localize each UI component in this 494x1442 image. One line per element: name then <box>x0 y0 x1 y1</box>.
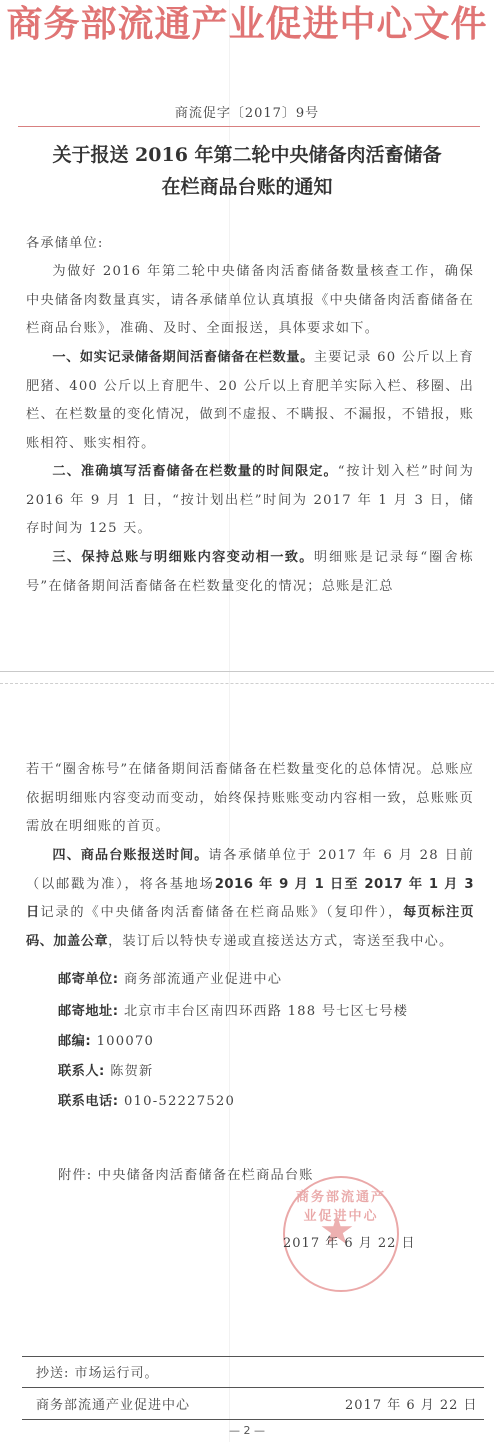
contact-person: 联系人: 陈贺新 <box>58 1060 153 1079</box>
item3-paragraph-page2: 若干“圈舍栋号”在储备期间活畜储备在栏数量变化的总体情况。总账应依据明细账内容变… <box>26 756 474 842</box>
salutation: 各承储单位: <box>26 230 474 259</box>
contact-address-value: 北京市丰台区南四环西路 188 号七区七号楼 <box>124 1004 408 1019</box>
attachment-note: 附件: 中央储备肉活畜储备在栏商品台账 <box>58 1164 314 1183</box>
contact-phone-label: 联系电话: <box>58 1094 119 1109</box>
contact-person-label: 联系人: <box>58 1064 105 1079</box>
contact-postcode-value: 100070 <box>97 1034 155 1049</box>
document-title-line2: 在栏商品台账的通知 <box>0 172 494 199</box>
document-number: 商流促字〔2017〕9号 <box>0 102 494 121</box>
issuer: 商务部流通产业促进中心 <box>36 1394 190 1413</box>
item1-paragraph: 一、如实记录储备期间活畜储备在栏数量。主要记录 60 公斤以上育肥猪、400 公… <box>26 344 474 458</box>
intro-paragraph: 为做好 2016 年第二轮中央储备肉活畜储备数量核查工作，确保中央储备肉数量真实… <box>26 258 474 344</box>
item4-paragraph: 四、商品台账报送时间。请各承储单位于 2017 年 6 月 28 日前（以邮戳为… <box>26 842 474 956</box>
signature-date: 2017 年 6 月 22 日 <box>283 1232 416 1251</box>
footer-rule-bottom <box>22 1419 484 1420</box>
page-fold-line <box>229 0 230 1442</box>
contact-address: 邮寄地址: 北京市丰台区南四环西路 188 号七区七号楼 <box>58 1000 408 1019</box>
item3-paragraph-page1: 三、保持总账与明细账内容变动相一致。明细账是记录每“圈舍栋号”在储备期间活畜储备… <box>26 544 474 601</box>
contact-unit: 邮寄单位: 商务部流通产业促进中心 <box>58 968 282 987</box>
item3-heading: 三、保持总账与明细账内容变动相一致。 <box>52 550 313 565</box>
contact-person-value: 陈贺新 <box>110 1064 153 1079</box>
item2-paragraph: 二、准确填写活畜储备在栏数量的时间限定。“按计划入栏”时间为 2016 年 9 … <box>26 458 474 544</box>
document-title-line1: 关于报送 2016 年第二轮中央储备肉活畜储备 <box>0 140 494 167</box>
page-break-line-2 <box>0 683 494 684</box>
red-rule <box>18 126 480 127</box>
page-number: — 2 — <box>0 1424 494 1437</box>
item4-text-b: 记录的《中央储备肉活畜储备在栏商品账》（复印件）， <box>40 905 403 920</box>
contact-postcode-label: 邮编: <box>58 1034 91 1049</box>
cc-line: 抄送: 市场运行司。 <box>36 1362 159 1381</box>
contact-postcode: 邮编: 100070 <box>58 1030 154 1049</box>
footer-rule-middle <box>22 1387 484 1388</box>
contact-address-label: 邮寄地址: <box>58 1004 119 1019</box>
masthead: 商务部流通产业促进中心文件 <box>0 2 494 46</box>
item1-heading: 一、如实记录储备期间活畜储备在栏数量。 <box>52 350 313 365</box>
page-break-line <box>0 671 494 672</box>
item4-text-c: ，装订后以特快专递或直接送达方式，寄送至我中心。 <box>108 934 453 949</box>
contact-unit-value: 商务部流通产业促进中心 <box>124 972 282 987</box>
item4-heading: 四、商品台账报送时间。 <box>52 848 208 863</box>
footer-rule-top <box>22 1356 484 1357</box>
contact-phone-value: 010-52227520 <box>124 1094 235 1109</box>
item1-text: 主要记录 60 公斤以上育肥猪、400 公斤以上育肥牛、20 公斤以上育肥羊实际… <box>26 350 474 451</box>
contact-phone: 联系电话: 010-52227520 <box>58 1090 235 1109</box>
contact-unit-label: 邮寄单位: <box>58 972 119 987</box>
issue-date: 2017 年 6 月 22 日 <box>345 1394 478 1413</box>
item2-heading: 二、准确填写活畜储备在栏数量的时间限定。 <box>52 464 337 479</box>
